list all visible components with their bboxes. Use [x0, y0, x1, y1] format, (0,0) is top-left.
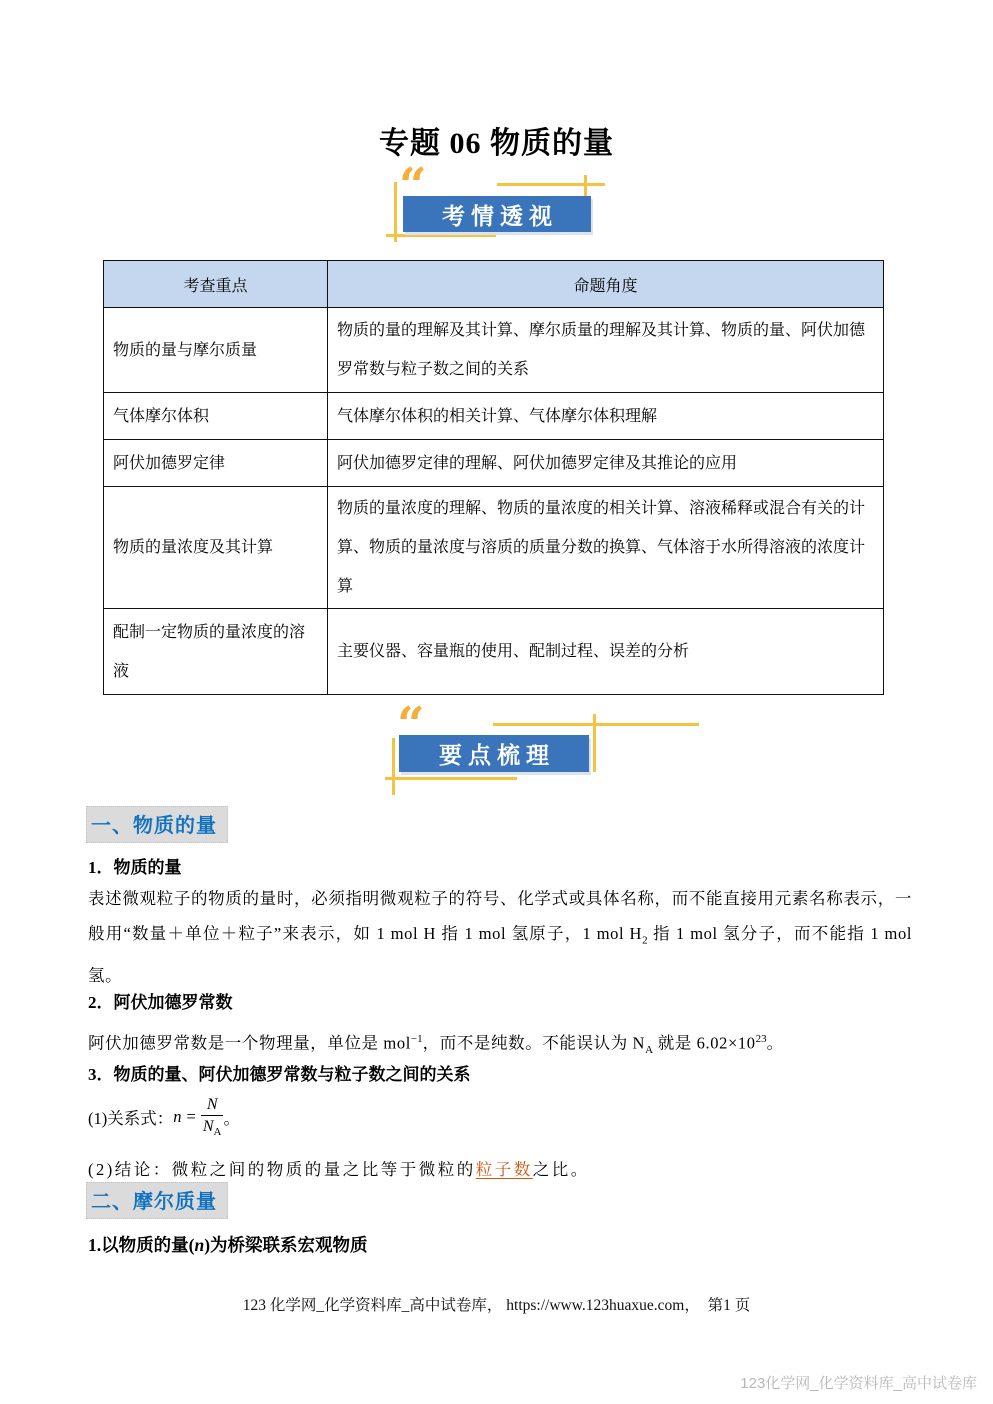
- banner-title-key-points: 要点梳理: [399, 735, 589, 772]
- table-row: 物质的量浓度及其计算 物质的量浓度的理解、物质的量浓度的相关计算、溶液稀释或混合…: [104, 487, 884, 609]
- text-segment: 阿伏加德罗常数是一个物理量，单位是 mol: [88, 1034, 411, 1053]
- variable-n: n: [194, 1235, 204, 1255]
- page-footer: 123 化学网_化学资料库_高中试卷库， https://www.123huax…: [0, 1293, 993, 1315]
- banner-exam-insight: “ 考情透视: [385, 174, 620, 246]
- focus-cell: 物质的量与摩尔质量: [104, 308, 328, 393]
- formula-suffix: 。: [223, 1105, 240, 1129]
- angle-cell: 物质的量浓度的理解、物质的量浓度的相关计算、溶液稀释或混合有关的计算、物质的量浓…: [328, 487, 884, 609]
- focus-cell: 配制一定物质的量浓度的溶液: [104, 609, 328, 695]
- angle-cell: 气体摩尔体积的相关计算、气体摩尔体积理解: [328, 393, 884, 440]
- banner-title-exam-insight: 考情透视: [403, 196, 591, 232]
- text-segment: 之比。: [533, 1160, 590, 1179]
- subscript: A: [645, 1044, 653, 1056]
- subheading-relationship: 3．物质的量、阿伏加德罗常数与粒子数之间的关系: [88, 1060, 471, 1085]
- formula-prefix: (1)关系式：: [88, 1105, 173, 1129]
- page-title: 专题 06 物质的量: [0, 118, 993, 162]
- text-segment: 。: [767, 1034, 784, 1053]
- quote-icon: “: [397, 701, 425, 731]
- text-segment: 就是 6.02×10: [653, 1034, 756, 1053]
- superscript: 23: [756, 1033, 767, 1045]
- section-heading-amount-of-substance: 一、物质的量: [86, 806, 228, 843]
- fraction-numerator: N: [201, 1095, 224, 1116]
- fraction: N NA: [201, 1095, 224, 1140]
- formula-n-equals-N-over-NA: (1)关系式： n = N NA 。: [88, 1090, 240, 1144]
- exam-focus-table: 考查重点 命题角度 物质的量与摩尔质量 物质的量的理解及其计算、摩尔质量的理解及…: [103, 260, 884, 695]
- document-page: 专题 06 物质的量 “ 考情透视 考查重点 命题角度 物质的量与摩尔质量 物质…: [0, 0, 993, 1404]
- text-segment: (2)结论：微粒之间的物质的量之比等于微粒的: [88, 1160, 476, 1179]
- quote-icon: “: [399, 162, 427, 192]
- decor-line-right: [593, 714, 596, 772]
- decor-line-bottom: [385, 777, 517, 780]
- table-row: 物质的量与摩尔质量 物质的量的理解及其计算、摩尔质量的理解及其计算、物质的量、阿…: [104, 308, 884, 393]
- focus-cell: 物质的量浓度及其计算: [104, 487, 328, 609]
- text-segment: )为桥梁联系宏观物质: [204, 1235, 367, 1255]
- angle-cell: 主要仪器、容量瓶的使用、配制过程、误差的分析: [328, 609, 884, 695]
- decor-line-left: [392, 738, 395, 795]
- superscript: −1: [411, 1033, 423, 1045]
- angle-cell: 物质的量的理解及其计算、摩尔质量的理解及其计算、物质的量、阿伏加德罗常数与粒子数…: [328, 308, 884, 393]
- subheading-amount-of-substance: 1．物质的量: [88, 853, 182, 878]
- fraction-denominator: NA: [201, 1116, 224, 1139]
- text-segment: 1.以物质的量(: [88, 1235, 194, 1255]
- equals-sign: =: [187, 1107, 196, 1127]
- decor-line-left: [394, 182, 397, 242]
- section-heading-molar-mass: 二、摩尔质量: [86, 1182, 228, 1219]
- text-segment: ，而不是纯数。不能误认为 N: [423, 1034, 645, 1053]
- table-row: 阿伏加德罗定律 阿伏加德罗定律的理解、阿伏加德罗定律及其推论的应用: [104, 440, 884, 487]
- subheading-avogadro-constant: 2．阿伏加德罗常数: [88, 988, 233, 1013]
- angle-cell: 阿伏加德罗定律的理解、阿伏加德罗定律及其推论的应用: [328, 440, 884, 487]
- decor-line-bottom: [386, 234, 496, 237]
- table-row: 配制一定物质的量浓度的溶液 主要仪器、容量瓶的使用、配制过程、误差的分析: [104, 609, 884, 695]
- decor-line-top: [493, 723, 699, 726]
- variable-N: N: [203, 1118, 214, 1135]
- table-header-row: 考查重点 命题角度: [104, 261, 884, 308]
- subheading-bridge-macroscopic: 1.以物质的量(n)为桥梁联系宏观物质: [88, 1232, 368, 1257]
- col-header-angle: 命题角度: [328, 261, 884, 308]
- paragraph-amount-of-substance: 表述微观粒子的物质的量时，必须指明微观粒子的符号、化学式或具体名称，而不能直接用…: [88, 881, 912, 993]
- table-row: 气体摩尔体积 气体摩尔体积的相关计算、气体摩尔体积理解: [104, 393, 884, 440]
- subscript: A: [214, 1126, 222, 1138]
- col-header-focus: 考查重点: [104, 261, 328, 308]
- decor-line-top: [497, 183, 605, 186]
- particle-number-link[interactable]: 粒子数: [476, 1160, 533, 1179]
- focus-cell: 阿伏加德罗定律: [104, 440, 328, 487]
- watermark: 123化学网_化学资料库_高中试卷库: [740, 1372, 977, 1393]
- variable-n: n: [173, 1107, 181, 1127]
- banner-key-points: “ 要点梳理: [381, 713, 711, 789]
- focus-cell: 气体摩尔体积: [104, 393, 328, 440]
